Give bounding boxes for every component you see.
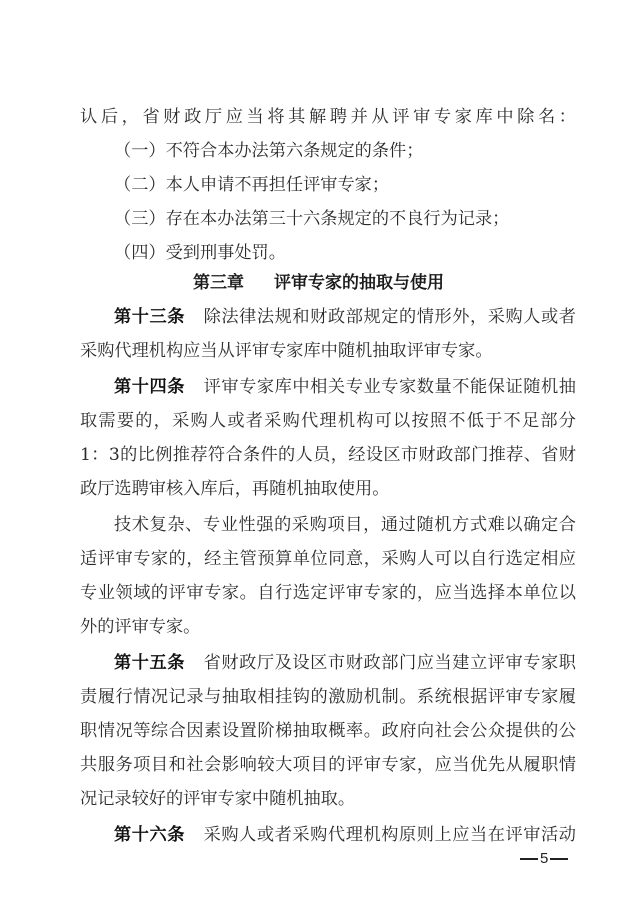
article-label: 第十五条 — [114, 653, 185, 673]
page-number: 5 — [520, 850, 568, 867]
list-item-1: （一）不符合本办法第六条规定的条件； — [114, 134, 576, 168]
list-item-4: （四）受到刑事处罚。 — [114, 236, 576, 270]
text-line: 责履行情况记录与抽取相挂钩的激励机制。系统根据评审专家履 — [80, 680, 576, 714]
text-line: 政厅选聘审核入库后，再随机抽取使用。 — [80, 472, 576, 506]
list-item-3: （三）存在本办法第三十六条规定的不良行为记录； — [114, 202, 576, 236]
text-line: 技术复杂、专业性强的采购项目，通过随机方式难以确定合 — [114, 508, 576, 542]
text-line: 共服务项目和社会影响较大项目的评审专家，应当优先从履职情 — [80, 748, 576, 782]
article-label: 第十六条 — [114, 825, 185, 845]
dash-decoration — [520, 858, 538, 860]
article-14-first-line: 第十四条评审专家库中相关专业专家数量不能保证随机抽 — [114, 370, 576, 404]
text-line: 认后，省财政厅应当将其解聘并从评审专家库中除名： — [80, 100, 576, 134]
article-15-first-line: 第十五条省财政厅及设区市财政部门应当建立评审专家职 — [114, 646, 576, 680]
article-label: 第十三条 — [114, 307, 185, 327]
dash-decoration — [550, 858, 568, 860]
text-line: 1：3的比例推荐符合条件的人员，经设区市财政部门推荐、省财 — [80, 438, 576, 472]
chapter-heading: 第三章评审专家的抽取与使用 — [0, 266, 637, 300]
text-line: 况记录较好的评审专家中随机抽取。 — [80, 782, 576, 816]
page-number-text: 5 — [540, 850, 548, 867]
chapter-title: 评审专家的抽取与使用 — [274, 273, 444, 293]
article-13-first-line: 第十三条除法律法规和财政部规定的情形外，采购人或者 — [114, 300, 576, 334]
text-line: 专业领域的评审专家。自行选定评审专家的，应当选择本单位以 — [80, 576, 576, 610]
chapter-number: 第三章 — [193, 273, 244, 293]
document-page: 认后，省财政厅应当将其解聘并从评审专家库中除名： （一）不符合本办法第六条规定的… — [0, 0, 637, 921]
text-line: 适评审专家的，经主管预算单位同意，采购人可以自行选定相应 — [80, 542, 576, 576]
list-item-2: （二）本人申请不再担任评审专家； — [114, 168, 576, 202]
article-16-first-line: 第十六条采购人或者采购代理机构原则上应当在评审活动 — [114, 818, 576, 852]
text-line: 采购代理机构应当从评审专家库中随机抽取评审专家。 — [80, 334, 576, 368]
text-line: 取需要的，采购人或者采购代理机构可以按照不低于不足部分 — [80, 404, 576, 438]
text-line: 职情况等综合因素设置阶梯抽取概率。政府向社会公众提供的公 — [80, 714, 576, 748]
text-line: 外的评审专家。 — [80, 610, 576, 644]
article-label: 第十四条 — [114, 377, 185, 397]
